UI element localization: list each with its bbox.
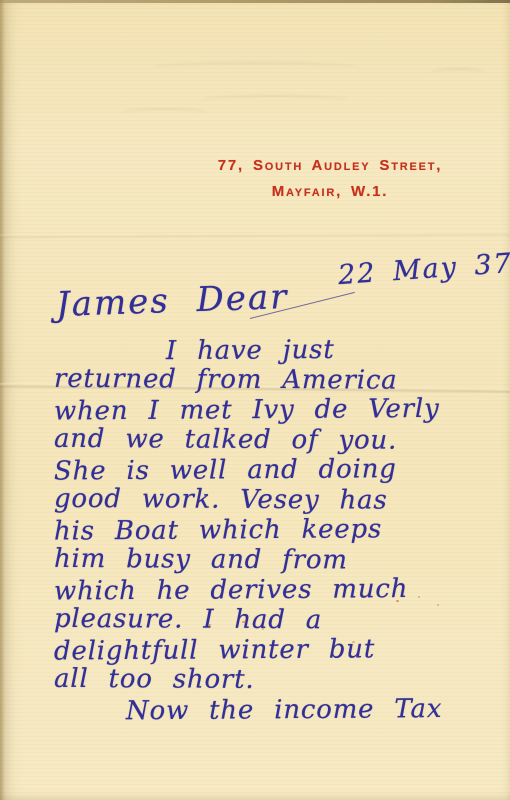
- ink-speck: [418, 596, 420, 598]
- paper-left-edge: [0, 0, 5, 800]
- handwriting-line: all too short.: [54, 664, 494, 696]
- bleedthrough-smudge: [200, 95, 350, 105]
- bleedthrough-smudge: [120, 108, 210, 118]
- ink-speck: [352, 641, 355, 643]
- handwriting-line: good work. Vesey has: [54, 484, 494, 516]
- ink-speck: [396, 600, 399, 602]
- handwriting-line: him busy and from: [54, 544, 494, 576]
- ink-speck: [242, 621, 246, 623]
- ink-speck: [262, 628, 264, 630]
- handwriting-line: his Boat which keeps: [54, 513, 494, 546]
- letterhead-address-line1: 77, South Audley Street,: [196, 153, 464, 179]
- letter-paper: 77, South Audley Street, Mayfair, W.1. 2…: [0, 0, 510, 800]
- ink-speck: [208, 624, 211, 626]
- handwriting-line: and we talked of you.: [54, 424, 494, 456]
- handwriting-line: delightfull winter but: [54, 633, 494, 666]
- handwriting-line: I have just: [166, 334, 494, 366]
- bleedthrough-smudge: [150, 62, 360, 72]
- paper-top-edge: [0, 0, 510, 3]
- handwriting-line: returned from America: [54, 364, 494, 396]
- fold-crease: [0, 232, 510, 240]
- handwriting-line: pleasure. I had a: [54, 604, 494, 636]
- letterhead-address-line2: Mayfair, W.1.: [196, 179, 464, 205]
- ink-speck: [437, 604, 439, 606]
- handwriting-line: Now the income Tax: [126, 694, 494, 727]
- bleedthrough-smudge: [430, 68, 485, 78]
- handwriting-line: when I met Ivy de Verly: [54, 393, 494, 426]
- handwriting-line: which he derives much: [54, 573, 494, 606]
- handwriting-line: She is well and doing: [54, 453, 494, 486]
- letterhead: 77, South Audley Street, Mayfair, W.1.: [196, 153, 464, 205]
- letter-body: I have just returned from America when I…: [54, 335, 494, 725]
- letter-date: 22 May 37: [337, 248, 510, 291]
